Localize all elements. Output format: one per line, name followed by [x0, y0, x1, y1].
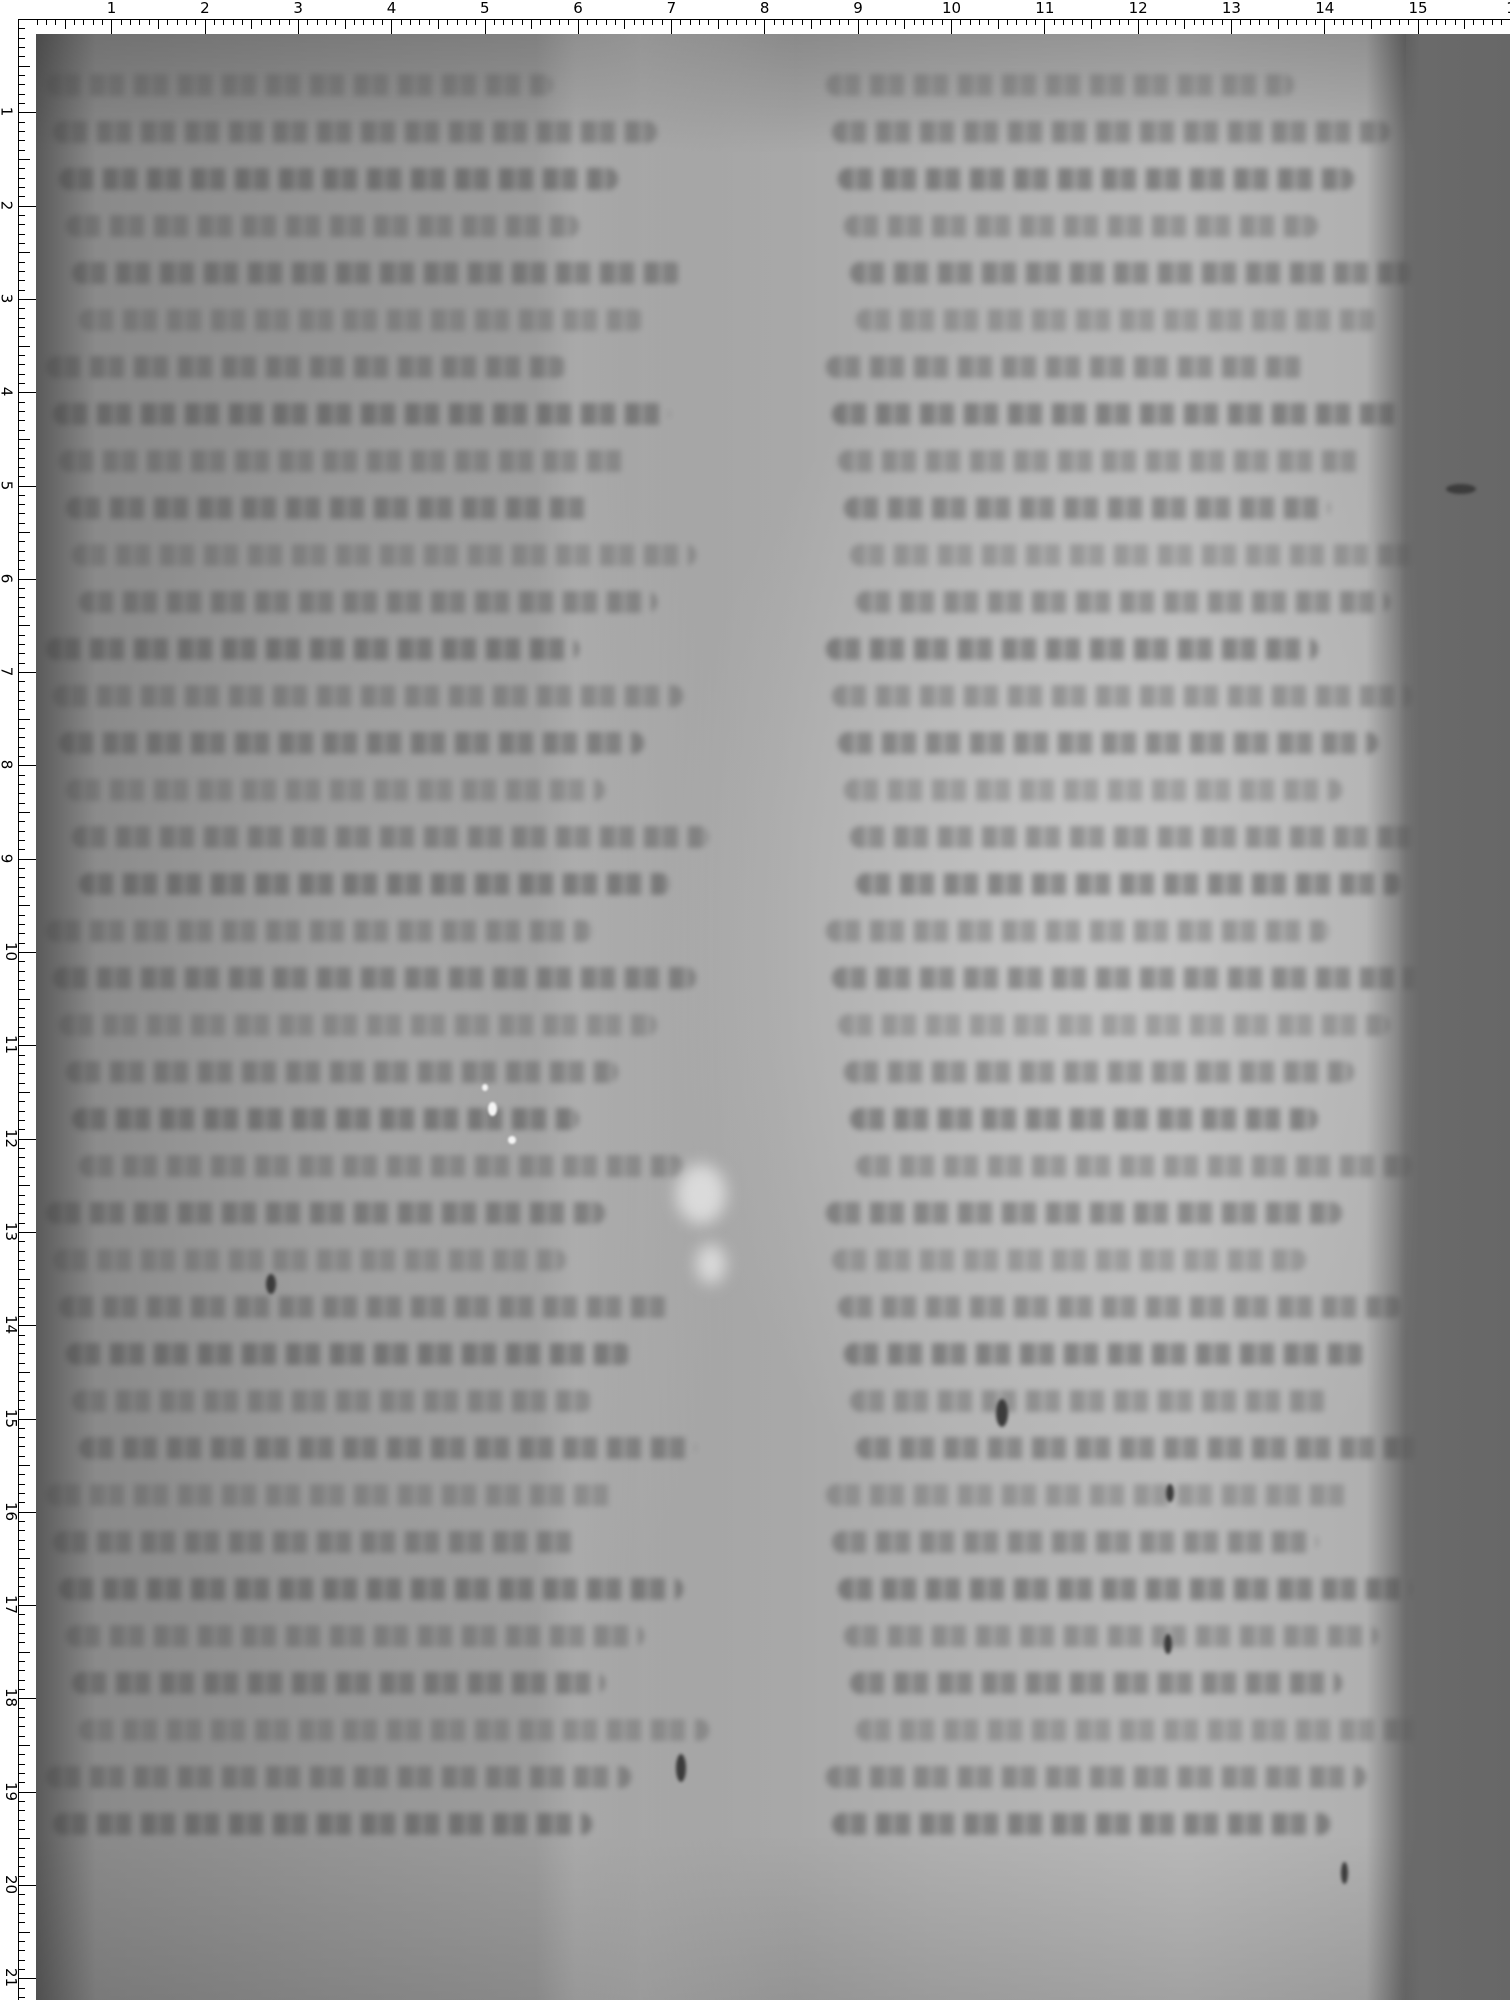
manuscript-line — [53, 1531, 580, 1553]
ruler-tick — [18, 989, 25, 990]
ruler-tick — [18, 1176, 25, 1177]
ruler-tick — [858, 19, 859, 34]
ruler-tick — [18, 150, 25, 151]
ruler-tick — [18, 1502, 25, 1503]
manuscript-line — [838, 168, 1354, 190]
ruler-tick — [18, 1521, 25, 1522]
ruler-tick — [914, 19, 915, 25]
ruler-tick — [18, 887, 25, 888]
ruler-tick — [18, 1838, 30, 1839]
ruler-tick — [18, 747, 25, 748]
ruler-tick — [18, 1642, 25, 1643]
ruler-tick — [18, 1866, 25, 1867]
ruler-tick — [18, 1223, 25, 1224]
ruler-tick — [1399, 19, 1400, 25]
manuscript-line — [850, 262, 1414, 284]
ruler-tick — [18, 849, 25, 850]
ruler-tick — [18, 94, 25, 95]
ruler-tick — [18, 84, 25, 85]
ruler-tick — [382, 19, 383, 25]
ruler-label: 18 — [3, 1688, 18, 1707]
ruler-tick — [18, 467, 25, 468]
ruler-tick — [736, 19, 737, 25]
ruler-tick — [18, 308, 25, 309]
manuscript-line — [59, 168, 618, 190]
ruler-tick — [18, 374, 25, 375]
ruler-tick — [18, 1876, 25, 1877]
ruler-tick — [18, 1027, 25, 1028]
ruler-tick — [18, 1708, 25, 1709]
ruler-tick — [1082, 19, 1083, 25]
ruler-tick — [18, 672, 36, 673]
ruler-tick — [18, 821, 25, 822]
ruler-tick — [988, 19, 989, 25]
manuscript-line — [826, 1766, 1366, 1788]
ruler-tick — [391, 19, 392, 34]
ruler-tick — [18, 1736, 25, 1737]
ruler-tick — [1166, 19, 1167, 25]
ruler-tick — [1119, 19, 1120, 25]
ruler-tick — [18, 896, 25, 897]
ruler-tick — [624, 19, 625, 29]
ruler-tick — [130, 19, 131, 25]
ruler-tick — [18, 859, 36, 860]
ruler-tick — [270, 19, 271, 25]
ruler-tick — [1306, 19, 1307, 25]
ruler-tick — [18, 1139, 36, 1140]
ruler-tick — [18, 1297, 25, 1298]
ruler-tick — [18, 224, 25, 225]
manuscript-line — [59, 732, 644, 754]
ruler-tick — [18, 1251, 25, 1252]
ink-blot — [1164, 1634, 1172, 1654]
ruler-tick — [18, 1512, 36, 1513]
bright-speck — [508, 1136, 516, 1144]
ruler-tick — [18, 1801, 25, 1802]
ruler-tick — [65, 19, 66, 29]
ruler-tick — [18, 56, 25, 57]
ruler-tick — [18, 1857, 25, 1858]
ruler-tick — [18, 868, 25, 869]
ruler-tick — [18, 280, 25, 281]
ruler-tick — [18, 588, 25, 589]
ink-blot — [266, 1274, 276, 1294]
ruler-label: 13 — [3, 1222, 18, 1241]
ruler-tick — [18, 1437, 25, 1438]
ruler-tick — [18, 681, 25, 682]
ruler-tick — [18, 1670, 25, 1671]
ruler-tick — [18, 1456, 25, 1457]
ruler-tick — [18, 765, 36, 766]
ruler-tick — [503, 19, 504, 25]
ruler-tick — [429, 19, 430, 25]
manuscript-line — [79, 1155, 684, 1177]
manuscript-line — [844, 779, 1342, 801]
ruler-tick — [149, 19, 150, 25]
ruler-tick — [18, 262, 25, 263]
manuscript-line — [832, 1813, 1330, 1835]
ruler-tick — [18, 1530, 25, 1531]
ruler-tick — [18, 1381, 25, 1382]
ruler-tick — [18, 252, 30, 253]
ruler-tick — [18, 1782, 25, 1783]
ruler-label: 11 — [1035, 1, 1054, 16]
ruler-tick — [18, 140, 25, 141]
ruler-tick — [18, 616, 25, 617]
ruler-tick — [923, 19, 924, 25]
ruler-tick — [18, 1754, 25, 1755]
manuscript-line — [46, 356, 566, 378]
manuscript-line — [66, 779, 606, 801]
ruler-tick — [18, 1419, 36, 1420]
ruler-tick — [18, 1232, 36, 1233]
manuscript-line — [59, 450, 631, 472]
ruler-tick — [74, 19, 75, 25]
ruler-tick — [18, 1960, 25, 1961]
manuscript-line — [59, 1578, 683, 1600]
ruler-label: 6 — [573, 1, 583, 16]
manuscript-line — [72, 1390, 592, 1412]
ruler-tick — [1194, 19, 1195, 25]
ruler-tick — [177, 19, 178, 25]
manuscript-line — [59, 1296, 670, 1318]
ruler-tick — [18, 719, 30, 720]
ruler-tick — [18, 775, 25, 776]
ruler-label: 9 — [0, 853, 13, 863]
ruler-tick — [18, 1391, 25, 1392]
ruler-tick — [18, 737, 25, 738]
ruler-tick — [1138, 19, 1139, 34]
ruler-tick — [1110, 19, 1111, 25]
ruler-tick — [942, 19, 943, 25]
ruler-tick — [18, 1894, 25, 1895]
ruler-tick — [298, 19, 299, 34]
ruler-tick — [18, 1409, 25, 1410]
ruler-tick — [37, 19, 38, 25]
ruler-tick — [326, 19, 327, 25]
ruler-tick — [18, 1064, 25, 1065]
manuscript-line — [856, 873, 1402, 895]
ruler-tick — [205, 19, 206, 34]
manuscript-line — [844, 215, 1318, 237]
ruler-tick — [18, 1829, 25, 1830]
manuscript-line — [838, 450, 1366, 472]
ruler-tick — [895, 19, 896, 25]
ruler-tick — [876, 19, 877, 25]
ruler-tick — [111, 19, 112, 34]
ruler-tick — [18, 448, 25, 449]
ruler-tick — [18, 1195, 25, 1196]
ruler-tick — [18, 1213, 25, 1214]
manuscript-line — [66, 1625, 645, 1647]
ruler-tick — [195, 19, 196, 25]
ruler-tick — [18, 915, 25, 916]
ruler-tick — [951, 19, 952, 34]
ruler-label: 10 — [942, 1, 961, 16]
ruler-tick — [18, 1792, 36, 1793]
ruler-tick — [848, 19, 849, 25]
ruler-tick — [18, 271, 25, 272]
ruler-tick — [606, 19, 607, 25]
ruler-tick — [18, 1484, 25, 1485]
manuscript-line — [79, 873, 671, 895]
ruler-label: 20 — [3, 1875, 18, 1894]
ruler-tick — [979, 19, 980, 25]
ruler-label: 1 — [1506, 1, 1510, 16]
ruler-tick — [18, 159, 30, 160]
ruler-tick — [18, 1120, 25, 1121]
ruler-tick — [18, 243, 25, 244]
ruler-label: 5 — [0, 480, 13, 490]
ruler-tick — [18, 579, 36, 580]
ruler-tick — [18, 1465, 30, 1466]
ruler-tick — [1492, 19, 1493, 25]
ruler-tick — [18, 569, 25, 570]
ruler-tick — [774, 19, 775, 25]
ruler-tick — [18, 299, 36, 300]
manuscript-line — [832, 1249, 1306, 1271]
ruler-tick — [307, 19, 308, 25]
ruler-tick — [1483, 19, 1484, 25]
ruler-tick — [18, 1017, 25, 1018]
ruler-tick — [18, 504, 25, 505]
ruler-tick — [18, 19, 36, 20]
ruler-tick — [652, 19, 653, 25]
ruler-tick — [540, 19, 541, 25]
ruler-tick — [18, 1167, 25, 1168]
manuscript-line — [838, 1578, 1414, 1600]
ruler-tick — [18, 952, 36, 953]
ruler-tick — [18, 336, 25, 337]
ruler-tick — [345, 19, 346, 29]
ruler-tick — [18, 28, 25, 29]
ruler-tick — [419, 19, 420, 25]
ruler-tick — [18, 1279, 30, 1280]
ruler-tick — [18, 980, 25, 981]
ruler-tick — [550, 19, 551, 25]
ruler-tick — [578, 19, 579, 34]
ruler-tick — [18, 1036, 25, 1037]
ruler-tick — [998, 19, 999, 29]
bright-speck — [482, 1084, 488, 1091]
ruler-tick — [18, 1950, 25, 1951]
ruler-tick — [1278, 19, 1279, 29]
ruler-tick — [1007, 19, 1008, 25]
ruler-tick — [18, 430, 25, 431]
ruler-tick — [18, 1260, 25, 1261]
ruler-tick — [18, 1055, 25, 1056]
ruler-tick — [1362, 19, 1363, 25]
ruler-label: 19 — [3, 1782, 18, 1801]
manuscript-line — [53, 685, 684, 707]
manuscript-line — [844, 1343, 1366, 1365]
ruler-tick — [1026, 19, 1027, 25]
ruler-tick — [867, 19, 868, 25]
ruler-tick — [18, 1633, 25, 1634]
ruler-tick — [18, 234, 25, 235]
ruler-tick — [18, 653, 25, 654]
ruler-label: 4 — [0, 387, 13, 397]
ruler-tick — [18, 1372, 30, 1373]
ruler-tick — [18, 1092, 30, 1093]
ink-blot — [1341, 1862, 1348, 1884]
ruler-tick — [18, 168, 25, 169]
ruler-tick — [1315, 19, 1316, 25]
ruler-tick — [522, 19, 523, 25]
ruler-tick — [494, 19, 495, 25]
ruler-label: 14 — [3, 1315, 18, 1334]
ruler-tick — [886, 19, 887, 25]
ruler-tick — [18, 364, 25, 365]
ruler-tick — [121, 19, 122, 25]
ruler-tick — [18, 112, 36, 113]
ruler-tick — [18, 1661, 25, 1662]
manuscript-line — [53, 403, 671, 425]
ruler-tick — [18, 196, 25, 197]
ruler-tick — [18, 1764, 25, 1765]
ruler-tick — [102, 19, 103, 25]
ruler-tick — [1418, 19, 1419, 34]
ruler-tick — [18, 1596, 25, 1597]
ruler-tick — [18, 1073, 25, 1074]
ruler-tick — [167, 19, 168, 25]
ruler-tick — [18, 1932, 30, 1933]
manuscript-line — [79, 309, 645, 331]
ruler-tick — [18, 1493, 25, 1494]
ruler-tick — [18, 1083, 25, 1084]
ruler-tick — [373, 19, 374, 25]
ruler-label: 4 — [387, 1, 397, 16]
ruler-tick — [1408, 19, 1409, 25]
ruler-tick — [18, 1885, 36, 1886]
ruler-tick — [18, 178, 25, 179]
ruler-tick — [18, 1335, 25, 1336]
manuscript-line — [66, 497, 593, 519]
ruler-tick — [1455, 19, 1456, 25]
ruler-tick — [18, 905, 30, 906]
manuscript-line — [53, 1249, 567, 1271]
ruler-tick — [792, 19, 793, 25]
ruler-tick — [18, 644, 25, 645]
ruler-tick — [512, 19, 513, 25]
ruler-tick — [18, 663, 25, 664]
manuscript-line — [844, 1061, 1354, 1083]
ruler-tick — [18, 709, 25, 710]
ink-blot — [996, 1399, 1008, 1427]
manuscript-line — [53, 967, 697, 989]
ruler-tick — [708, 19, 709, 25]
ruler-tick — [1035, 19, 1036, 25]
ruler-tick — [438, 19, 439, 29]
ruler-tick — [18, 1204, 25, 1205]
ruler-tick — [18, 560, 25, 561]
ruler-tick — [718, 19, 719, 29]
ruler-tick — [18, 1111, 25, 1112]
manuscript-line — [844, 497, 1330, 519]
bright-speck — [488, 1102, 497, 1116]
ruler-tick — [18, 607, 25, 608]
ruler-tick — [18, 215, 25, 216]
ruler-tick — [18, 784, 25, 785]
ruler-tick — [839, 19, 840, 25]
ruler-tick — [242, 19, 243, 25]
ruler-tick — [18, 1568, 25, 1569]
manuscript-line — [826, 920, 1330, 942]
ruler-tick — [802, 19, 803, 25]
vertical-ruler: 123456789101112131415161718192021 — [0, 0, 36, 2000]
ruler-label: 9 — [853, 1, 863, 16]
ruler-label: 10 — [3, 942, 18, 961]
ruler-tick — [811, 19, 812, 29]
ink-blot — [1166, 1484, 1174, 1502]
ruler-tick — [1371, 19, 1372, 29]
ruler-tick — [1259, 19, 1260, 25]
ruler-tick — [18, 495, 25, 496]
ruler-tick — [279, 19, 280, 25]
manuscript-line — [826, 1202, 1342, 1224]
ruler-tick — [335, 19, 336, 25]
ruler-tick — [1063, 19, 1064, 25]
ruler-tick — [18, 728, 25, 729]
ruler-tick — [18, 1698, 36, 1699]
ruler-tick — [18, 402, 25, 403]
ruler-tick — [46, 19, 47, 25]
manuscript-line — [850, 1390, 1330, 1412]
ruler-tick — [18, 1307, 25, 1308]
ruler-tick — [1054, 19, 1055, 25]
ruler-tick — [970, 19, 971, 25]
manuscript-line — [832, 967, 1426, 989]
ruler-tick — [18, 943, 25, 944]
ruler-tick — [18, 541, 25, 542]
ruler-tick — [18, 513, 25, 514]
ruler-tick — [18, 355, 25, 356]
manuscript-line — [46, 1484, 618, 1506]
manuscript-line — [850, 1108, 1318, 1130]
ruler-label: 7 — [0, 667, 13, 677]
manuscript-line — [856, 1719, 1438, 1741]
manuscript-line — [838, 732, 1378, 754]
ruler-tick — [18, 318, 25, 319]
ruler-tick — [1427, 19, 1428, 25]
ruler-tick — [18, 38, 25, 39]
ruler-tick — [363, 19, 364, 25]
ruler-tick — [1203, 19, 1204, 25]
ruler-tick — [820, 19, 821, 25]
ruler-tick — [18, 812, 30, 813]
ruler-label: 1 — [0, 107, 13, 117]
manuscript-line — [72, 1108, 579, 1130]
ruler-tick — [783, 19, 784, 25]
ruler-tick — [18, 1129, 25, 1130]
ruler-tick — [18, 1353, 25, 1354]
manuscript-line — [46, 1766, 631, 1788]
ruler-tick — [1343, 19, 1344, 25]
ruler-tick — [18, 700, 25, 701]
ruler-tick — [699, 19, 700, 25]
manuscript-line — [66, 215, 580, 237]
ruler-tick — [1231, 19, 1232, 34]
ruler-tick — [18, 1988, 25, 1989]
ruler-label: 16 — [3, 1502, 18, 1521]
ruler-tick — [18, 1269, 25, 1270]
ruler-tick — [214, 19, 215, 25]
ruler-tick — [830, 19, 831, 25]
ruler-tick — [18, 971, 25, 972]
ruler-tick — [18, 999, 30, 1000]
ruler-label: 7 — [667, 1, 677, 16]
ruler-tick — [233, 19, 234, 25]
